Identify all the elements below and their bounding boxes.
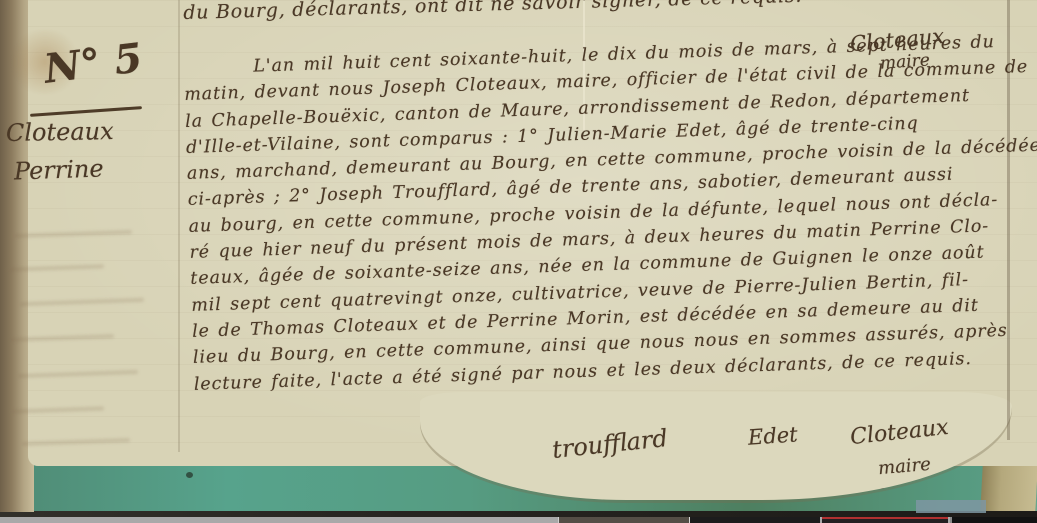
cover-corner-patch bbox=[916, 500, 986, 513]
cover-speck bbox=[186, 472, 193, 478]
margin-deceased-surname: Cloteaux bbox=[6, 117, 114, 147]
register-page-photo: du Bourg, déclarants, ont dit ne savoir … bbox=[0, 0, 1037, 523]
margin-column-rule bbox=[178, 0, 180, 452]
taskbar-window-button-1[interactable] bbox=[558, 517, 691, 523]
act-body: L'an mil huit cent soixante-huit, le dix… bbox=[183, 28, 1037, 398]
margin-deceased-firstname: Perrine bbox=[14, 154, 104, 185]
taskbar-window-button-2[interactable] bbox=[690, 517, 820, 523]
taskbar-window-button-4[interactable] bbox=[950, 517, 1037, 523]
taskbar-window-button-3[interactable] bbox=[822, 517, 948, 523]
signature-edet: Edet bbox=[747, 422, 798, 449]
